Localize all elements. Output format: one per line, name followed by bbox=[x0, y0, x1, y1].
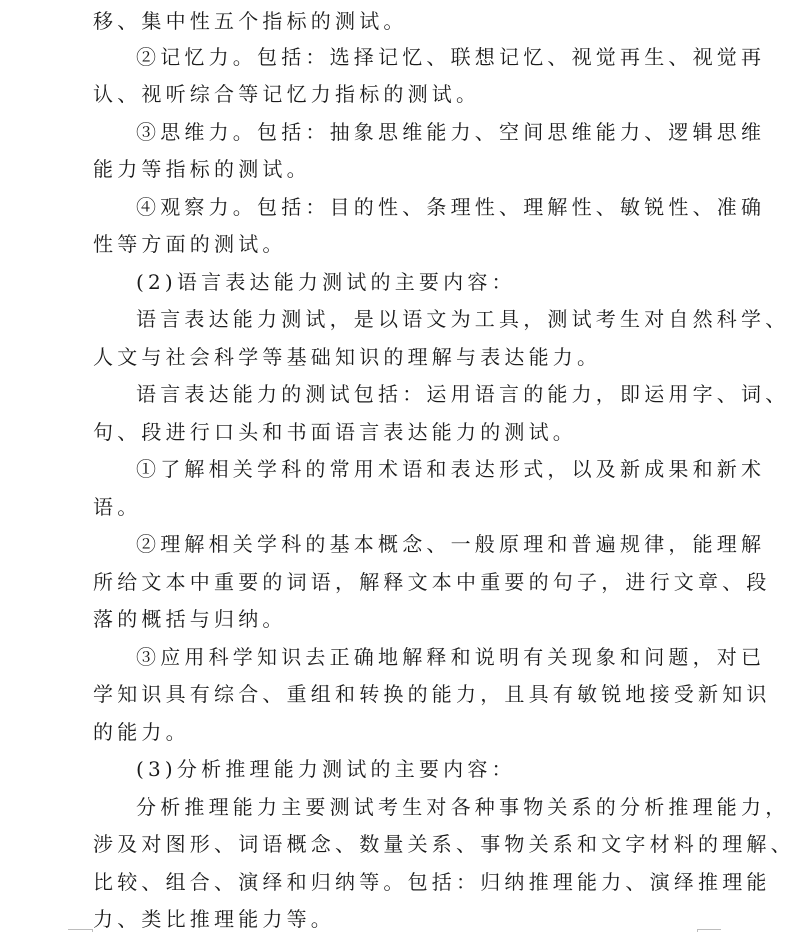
text-line: 所给文本中重要的词语，解释文本中重要的句子，进行文章、段 bbox=[93, 563, 771, 601]
text-line: 移、集中性五个指标的测试。 bbox=[93, 2, 408, 40]
text-line: 的能力。 bbox=[93, 713, 190, 751]
text-line: 比较、组合、演绎和归纳等。包括：归纳推理能力、演绎推理能 bbox=[93, 863, 771, 901]
text-line: 落的概括与归纳。 bbox=[93, 600, 287, 638]
text-line: 句、段进行口头和书面语言表达能力的测试。 bbox=[93, 413, 577, 451]
text-line: ②理解相关学科的基本概念、一般原理和普遍规律，能理解 bbox=[136, 525, 765, 563]
text-line: 涉及对图形、词语概念、数量关系、事物关系和文字材料的理解、 bbox=[93, 825, 791, 863]
text-line: 能力等指标的测试。 bbox=[93, 150, 311, 188]
text-line: 分析推理能力主要测试考生对各种事物关系的分析推理能力， bbox=[136, 788, 789, 826]
text-line: 语。 bbox=[93, 488, 141, 526]
section-heading: (3)分析推理能力测试的主要内容： bbox=[136, 750, 516, 788]
text-line: 认、视听综合等记忆力指标的测试。 bbox=[93, 75, 480, 113]
text-line: 语言表达能力测试，是以语文为工具，测试考生对自然科学、 bbox=[136, 300, 789, 338]
section-heading: (2)语言表达能力测试的主要内容： bbox=[136, 263, 516, 301]
text-line: ③思维力。包括：抽象思维能力、空间思维能力、逻辑思维 bbox=[136, 113, 765, 151]
text-line: 语言表达能力的测试包括：运用语言的能力，即运用字、词、 bbox=[136, 375, 789, 413]
text-line: 力、类比推理能力等。 bbox=[93, 900, 335, 932]
text-line: 学知识具有综合、重组和转换的能力，且具有敏锐地接受新知识 bbox=[93, 675, 771, 713]
margin-corner-mark-left bbox=[68, 929, 93, 930]
text-line: 性等方面的测试。 bbox=[93, 225, 287, 263]
text-line: ③应用科学知识去正确地解释和说明有关现象和问题，对已 bbox=[136, 638, 765, 676]
text-line: ④观察力。包括：目的性、条理性、理解性、敏锐性、准确 bbox=[136, 188, 765, 226]
text-line: 人文与社会科学等基础知识的理解与表达能力。 bbox=[93, 338, 601, 376]
margin-corner-mark-right bbox=[697, 929, 721, 930]
text-line: ②记忆力。包括：选择记忆、联想记忆、视觉再生、视觉再 bbox=[136, 38, 765, 76]
text-line: ①了解相关学科的常用术语和表达形式，以及新成果和新术 bbox=[136, 450, 765, 488]
